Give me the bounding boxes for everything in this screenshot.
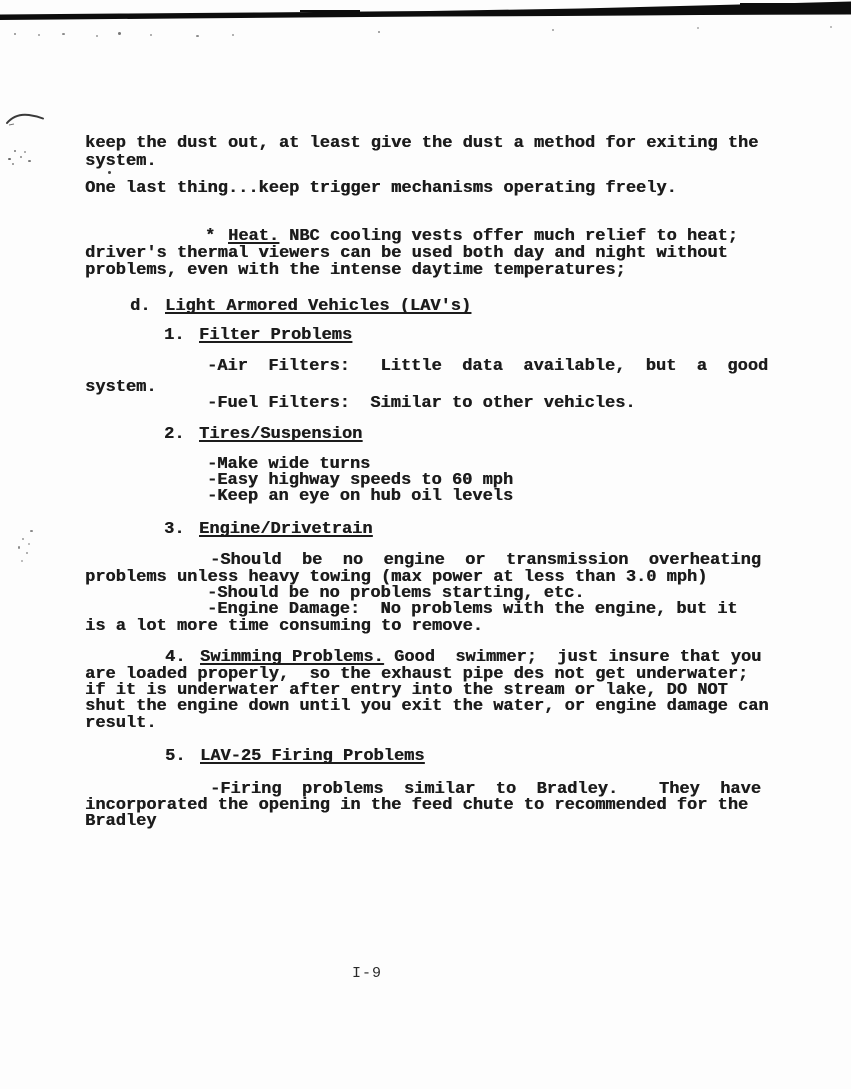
underlined-heading-text: Swimming Problems. [200, 649, 384, 666]
text-line: -Keep an eye on hub oil levels [207, 488, 513, 505]
text-line: system. [85, 379, 156, 396]
text-line: 5. [165, 748, 185, 765]
text-line: Good swimmer; just insure that you [394, 649, 761, 666]
text-line: result. [85, 715, 156, 732]
underlined-heading-text: Heat. [228, 228, 279, 245]
text-line: problems, even with the intense daytime … [85, 262, 626, 279]
text-line: -Fuel Filters: Similar to other vehicles… [207, 395, 635, 412]
text-line: 4. [165, 649, 185, 666]
text-line: shut the engine down until you exit the … [85, 698, 769, 715]
margin-curl-mark [5, 112, 45, 128]
underlined-heading-text: LAV-25 Firing Problems [200, 748, 424, 765]
text-line: One last thing...keep trigger mechanisms… [85, 180, 677, 197]
scanned-document-page: keep the dust out, at least give the dus… [0, 0, 851, 1089]
underlined-heading-text: Filter Problems [199, 327, 352, 344]
text-line: -Air Filters: Little data available, but… [207, 358, 768, 375]
text-line: Bradley [85, 813, 156, 830]
text-line: d. [130, 298, 150, 315]
text-line: keep the dust out, at least give the dus… [85, 135, 758, 152]
underlined-heading-text: Light Armored Vehicles (LAV's) [165, 298, 471, 315]
text-line: -Engine Damage: No problems with the eng… [207, 601, 738, 618]
text-line: * [205, 228, 215, 245]
text-line: 1. [164, 327, 184, 344]
text-line: -Should be no engine or transmission ove… [210, 552, 761, 569]
underlined-heading-text: Tires/Suspension [199, 426, 362, 443]
text-line: driver's thermal viewers can be used bot… [85, 245, 728, 262]
text-line: is a lot more time consuming to remove. [85, 618, 483, 635]
underlined-heading-text: Engine/Drivetrain [199, 521, 372, 538]
text-line: 3. [164, 521, 184, 538]
text-line: incorporated the opening in the feed chu… [85, 797, 748, 814]
text-line: NBC cooling vests offer much relief to h… [289, 228, 738, 245]
scan-streak-artifact [0, 0, 851, 26]
page-number: I-9 [352, 966, 382, 981]
text-line: 2. [164, 426, 184, 443]
text-line: system. [85, 153, 156, 170]
